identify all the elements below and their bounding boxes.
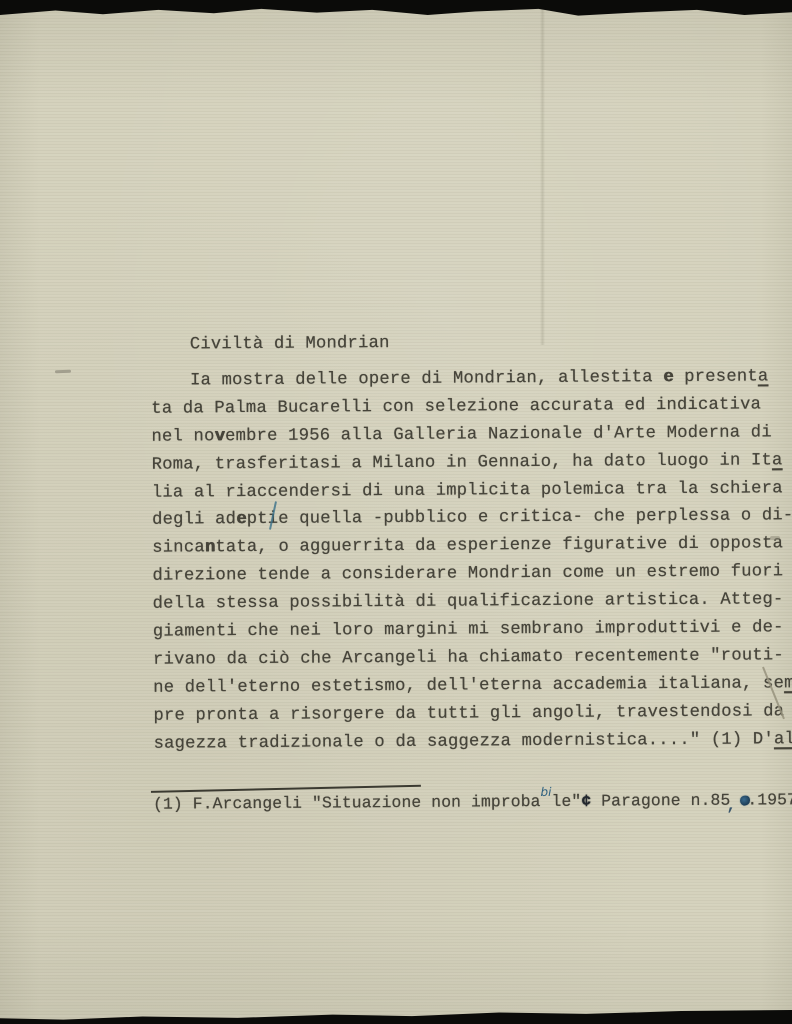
text-run: le" [551, 792, 581, 811]
text-run: nel no [151, 427, 214, 446]
text-run: Ia mostra delle opere di Mondrian, alles… [190, 368, 663, 390]
overstruck-text: v [214, 427, 225, 446]
text-run: tata, o agguerrita da esperienze figurat… [215, 535, 783, 558]
text-run: della stessa possibilità di qualificazio… [153, 590, 784, 613]
text-run: (1) F.Arcangeli "Situazione non improba [153, 792, 541, 814]
typed-line: sincantata, o agguerrita da esperienze f… [152, 531, 792, 563]
typed-line: ne dell'eterno estetismo, dell'eterna ac… [153, 670, 792, 702]
text-run: sinca [152, 539, 205, 558]
underlined-continuation: m [784, 674, 792, 693]
typed-line: rivano da ciò che Arcangeli ha chiamato … [153, 642, 792, 674]
underlined-continuation: a [758, 367, 769, 386]
text-run: sagezza tradizionale o da saggezza moder… [154, 730, 774, 753]
typed-line: lia al riaccendersi di una implicita pol… [152, 475, 792, 507]
text-run: Roma, trasferitasi a Milano in Gennaio, … [152, 451, 772, 474]
struck-character: ¢ [581, 792, 591, 811]
typed-line: nel novembre 1956 alla Galleria Nazional… [151, 419, 791, 451]
underlined-continuation: a [772, 451, 783, 470]
text-run: lia al riaccendersi di una implicita pol… [152, 479, 783, 502]
paper-speck [770, 536, 780, 540]
text-run: ne dell'eterno estetismo, dell'eterna ac… [153, 674, 784, 697]
handwritten-insertion: bi [540, 785, 551, 799]
overstruck-text: e [663, 368, 674, 387]
scanned-typescript-page: Civiltà di Mondrian Ia mostra delle oper… [0, 0, 792, 1024]
margin-dash-mark [55, 370, 71, 374]
text-run: ta da Palma Bucarelli con selezione accu… [151, 395, 761, 418]
typed-line: Roma, trasferitasi a Milano in Gennaio, … [152, 447, 792, 479]
typed-line: degli adeptie quella -pubblico e critica… [152, 503, 792, 535]
text-run: pre pronta a risorgere da tutti gli ango… [153, 702, 784, 725]
footnote-text: (1) F.Arcangeli "Situazione non improbab… [153, 787, 792, 817]
typed-line: della stessa possibilità di qualificazio… [153, 586, 792, 618]
text-run: embre 1956 alla Galleria Nazionale d'Art… [225, 423, 772, 446]
underlined-continuation: al [774, 730, 792, 749]
typed-line: ta da Palma Bucarelli con selezione accu… [151, 391, 791, 423]
body-paragraph: Ia mostra delle opere di Mondrian, alles… [151, 363, 792, 758]
document-title: Civiltà di Mondrian [190, 334, 390, 354]
typed-content: Civiltà di Mondrian Ia mostra delle oper… [0, 0, 792, 1024]
text-run: .1957 [747, 790, 792, 809]
overstruck-text: n [205, 539, 216, 558]
text-run: present [674, 367, 758, 387]
overstruck-text: e [236, 510, 247, 529]
text-run: rivano da ciò che Arcangeli ha chiamato … [153, 646, 784, 669]
typed-line: giamenti che nei loro margini mi sembran… [153, 614, 792, 646]
typed-line: sagezza tradizionale o da saggezza moder… [154, 726, 792, 758]
typed-line: (1) F.Arcangeli "Situazione non improbab… [153, 787, 792, 817]
text-run: degli ad [152, 511, 236, 531]
typed-line: direzione tende a considerare Mondrian c… [152, 558, 792, 590]
text-run: Paragone n.85 [591, 791, 730, 811]
text-run: ptie quella -pubblico e critica- che per… [247, 507, 792, 530]
typed-line: Ia mostra delle opere di Mondrian, alles… [151, 363, 791, 395]
text-run: giamenti che nei loro margini mi sembran… [153, 618, 784, 641]
typed-line: pre pronta a risorgere da tutti gli ango… [153, 698, 792, 730]
text-run: direzione tende a considerare Mondrian c… [152, 563, 783, 586]
